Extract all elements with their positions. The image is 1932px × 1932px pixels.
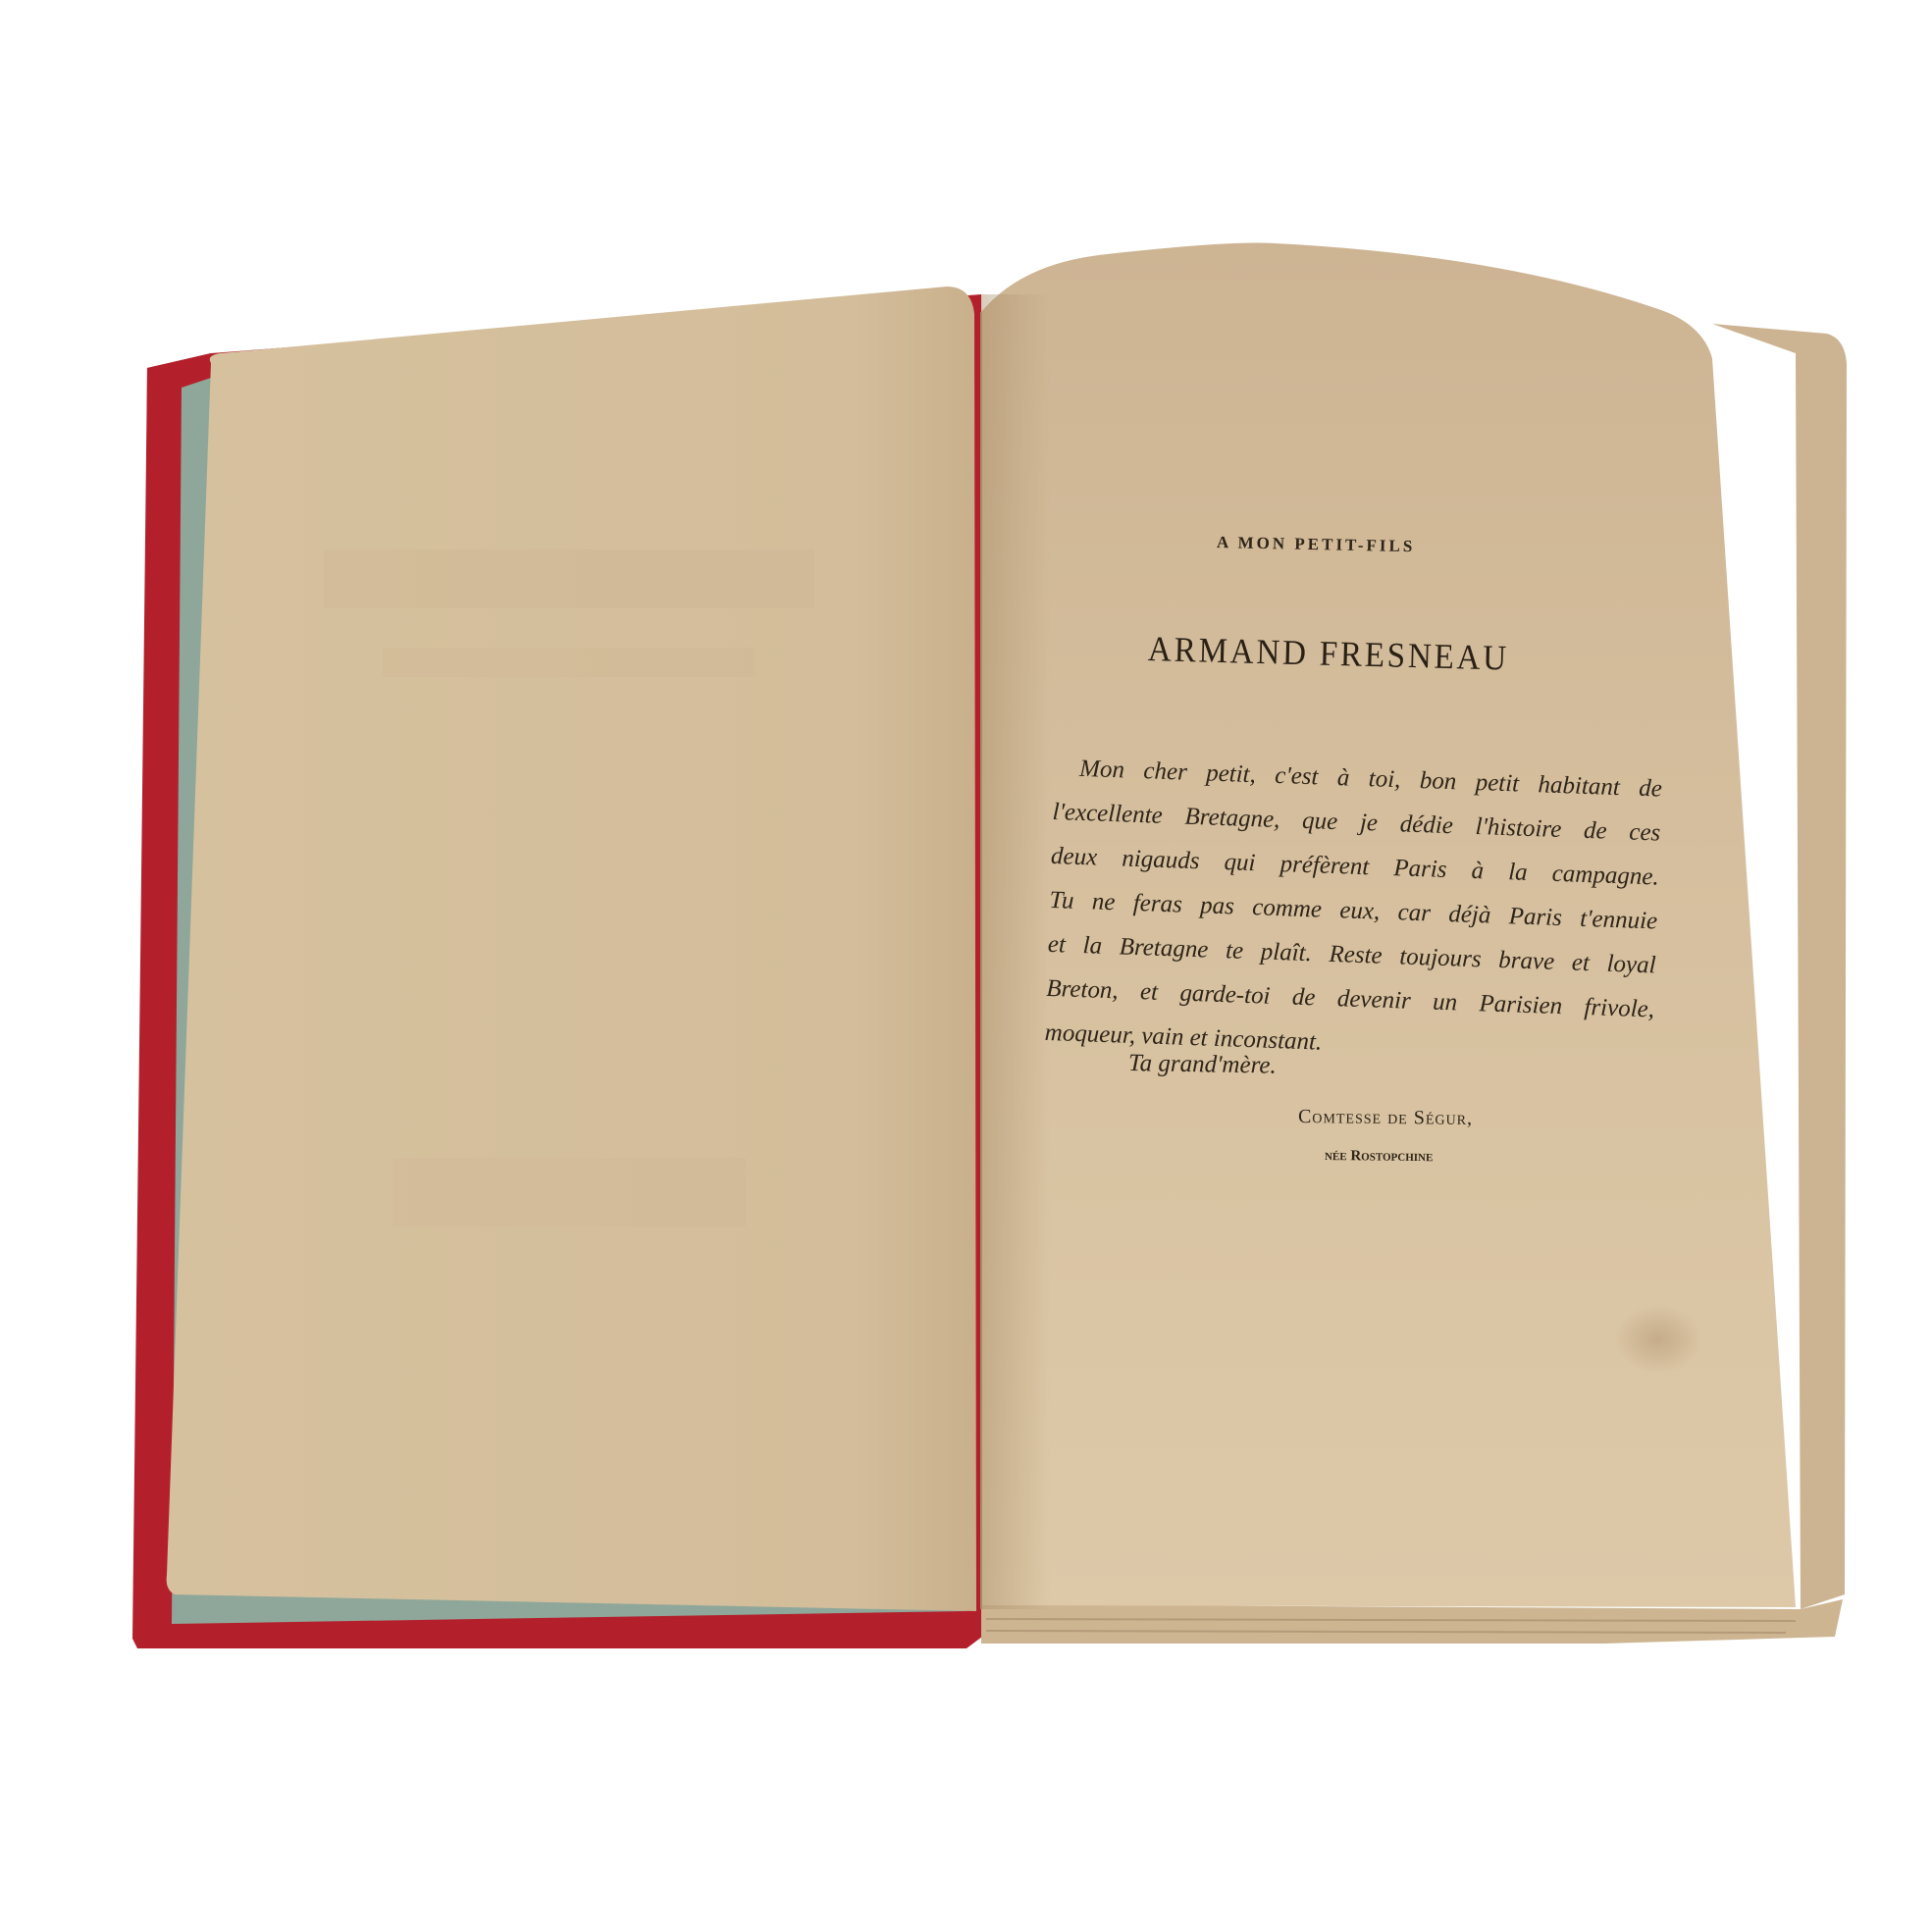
dedication-paragraph: Mon cher petit, c'est à toi, bon petit h… — [1044, 746, 1663, 1075]
left-page — [167, 287, 976, 1611]
signature-maiden-name: née Rostopchine — [1325, 1148, 1434, 1166]
dedication-heading: A MON PETIT-FILS — [1217, 533, 1416, 556]
book-photo: A MON PETIT-FILS ARMAND FRESNEAU Mon che… — [0, 0, 1932, 1932]
page-stain — [1614, 1305, 1702, 1374]
closing-line: Ta grand'mère. — [1128, 1050, 1277, 1080]
signature-name: Comtesse de Ségur, — [1298, 1106, 1473, 1130]
